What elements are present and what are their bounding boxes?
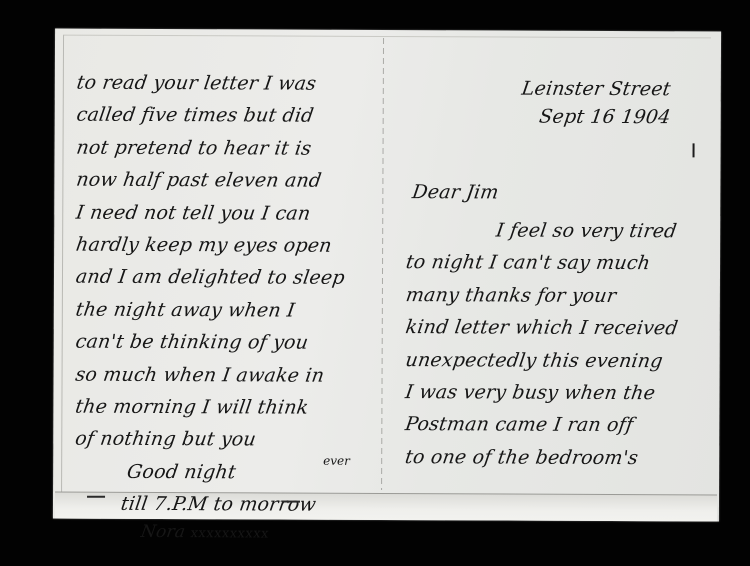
letter-line: not pretend to hear it is [74, 131, 379, 165]
signature-name: Nora [140, 522, 187, 542]
letter-paper: to read your letter I was called five ti… [53, 29, 721, 522]
right-page-body: I feel so very tired to night I can't sa… [405, 214, 678, 474]
photo-background: to read your letter I was called five ti… [0, 0, 750, 566]
letter-line: the night away when I [73, 293, 378, 327]
letter-line: so much when I awake in [73, 358, 378, 392]
page-number-mark [693, 143, 695, 157]
letter-line: hardly keep my eyes open [74, 229, 379, 263]
letter-line: kind letter which I received [403, 311, 680, 345]
letter-line: can't be thinking of you [73, 326, 378, 360]
letter-line: the morning I will think [73, 391, 378, 425]
margin-dash-center [282, 501, 300, 503]
letter-line: now half past eleven and [74, 164, 379, 198]
letter-line: called five times but did [74, 99, 379, 133]
margin-dash-left [87, 496, 105, 498]
date-line: Sept 16 1904 [520, 103, 673, 132]
signature-note-ever: ever [323, 454, 350, 468]
letter-line: I feel so very tired [404, 214, 681, 248]
letter-line: of nothing but you [73, 423, 378, 457]
letter-line: I was very busy when the [403, 376, 680, 410]
signature-line: Nora xxxxxxxxxx [73, 520, 376, 545]
kisses-marks: xxxxxxxxxx [189, 526, 270, 541]
address-line: Leinster Street [520, 75, 673, 104]
left-page: to read your letter I was called five ti… [75, 67, 377, 546]
closing-till-tomorrow: till 7.P.M to morrow [73, 488, 378, 522]
letter-line: to one of the bedroom's [403, 441, 680, 475]
salutation: Dear Jim [412, 176, 498, 209]
letter-line: I need not tell you I can [74, 196, 379, 230]
letter-line: many thanks for your [404, 279, 681, 313]
letter-line: and I am delighted to sleep [74, 261, 379, 295]
letter-line: to read your letter I was [74, 67, 379, 101]
salutation-text: Dear Jim [410, 176, 501, 209]
letter-line: to night I can't say much [404, 246, 681, 280]
letter-line: Postman came I ran off [403, 409, 680, 443]
letter-line: unexpectedly this evening [403, 344, 680, 378]
letter-heading: Leinster Street Sept 16 1904 [522, 75, 671, 132]
